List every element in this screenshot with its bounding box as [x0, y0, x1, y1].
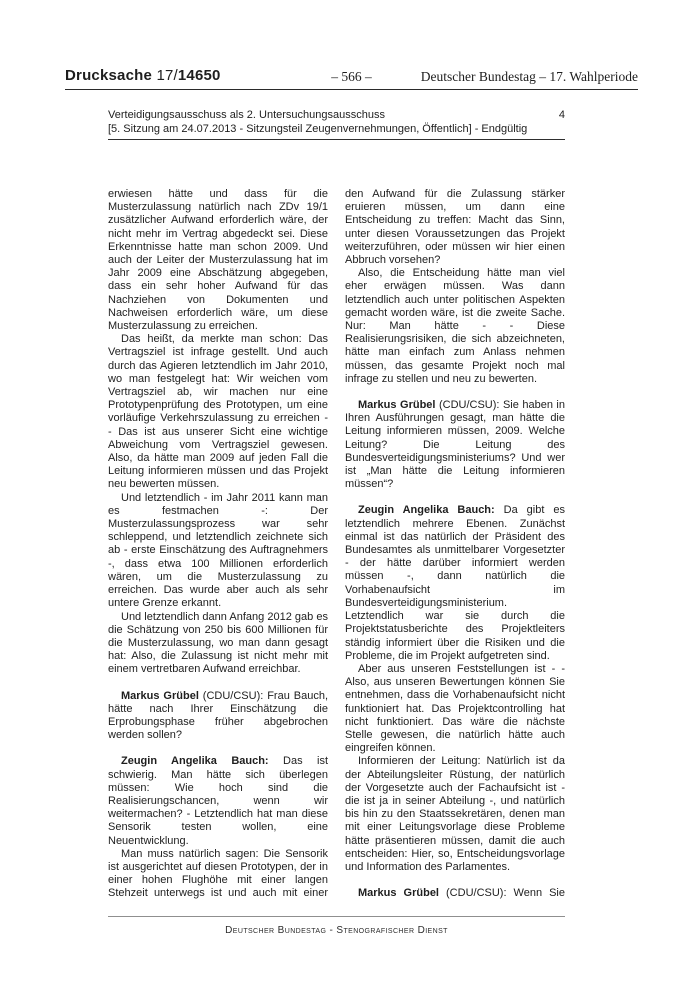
right-column: den Aufwand für die Zulassung stärker er… [345, 188, 565, 900]
paragraph: Und letztendlich - im Jahr 2011 kann man… [108, 492, 328, 611]
speech-paragraph: Zeugin Angelika Bauch: Da gibt es letzte… [345, 504, 565, 662]
footer-text: Deutscher Bundestag - Stenografischer Di… [225, 925, 448, 936]
speaker-name: Zeugin Angelika Bauch: [358, 504, 495, 516]
speaker-name: Markus Grübel [121, 690, 199, 702]
session-page-number: 4 [559, 109, 565, 123]
paragraph: Informieren der Leitung: Natürlich ist d… [345, 755, 565, 874]
speech-paragraph: Markus Grübel (CDU/CSU): Sie haben in Ih… [345, 399, 565, 491]
paragraph: Aber aus unseren Feststellungen ist - - … [345, 663, 565, 755]
speech-paragraph: Markus Grübel (CDU/CSU): Wenn Sie sagen,… [345, 887, 565, 900]
running-header: Drucksache 17/14650 – 566 – Deutscher Bu… [65, 67, 638, 87]
speech-paragraph: Zeugin Angelika Bauch: Das ist schwierig… [108, 755, 328, 847]
left-column: erwiesen hätte und dass für die Musterzu… [108, 188, 328, 900]
speaker-name: Zeugin Angelika Bauch: [121, 755, 269, 767]
speaker-name: Markus Grübel [358, 399, 435, 411]
header-rule [65, 89, 638, 90]
committee-subheader: Verteidigungsausschuss als 2. Untersuchu… [108, 109, 565, 140]
header-right-title: Deutscher Bundestag – 17. Wahlperiode [421, 69, 638, 85]
paragraph: Das heißt, da merkte man schon: Das Vert… [108, 333, 328, 491]
session-info: [5. Sitzung am 24.07.2013 - Sitzungsteil… [108, 123, 565, 137]
page-footer: Deutscher Bundestag - Stenografischer Di… [108, 916, 565, 938]
transcript-body: erwiesen hätte und dass für die Musterzu… [108, 188, 565, 900]
paragraph: Und letztendlich dann Anfang 2012 gab es… [108, 611, 328, 677]
speech-paragraph: Markus Grübel (CDU/CSU): Frau Bauch, hät… [108, 690, 328, 743]
paragraph: erwiesen hätte und dass für die Musterzu… [108, 188, 328, 333]
paragraph: Man muss natürlich sagen: Die Sensorik i… [108, 848, 328, 900]
paragraph: den Aufwand für die Zulassung stärker er… [345, 188, 565, 267]
paragraph: Also, die Entscheidung hätte man viel eh… [345, 267, 565, 386]
committee-title: Verteidigungsausschuss als 2. Untersuchu… [108, 109, 385, 123]
document-page: Drucksache 17/14650 – 566 – Deutscher Bu… [0, 0, 700, 990]
speaker-name: Markus Grübel [358, 887, 439, 899]
